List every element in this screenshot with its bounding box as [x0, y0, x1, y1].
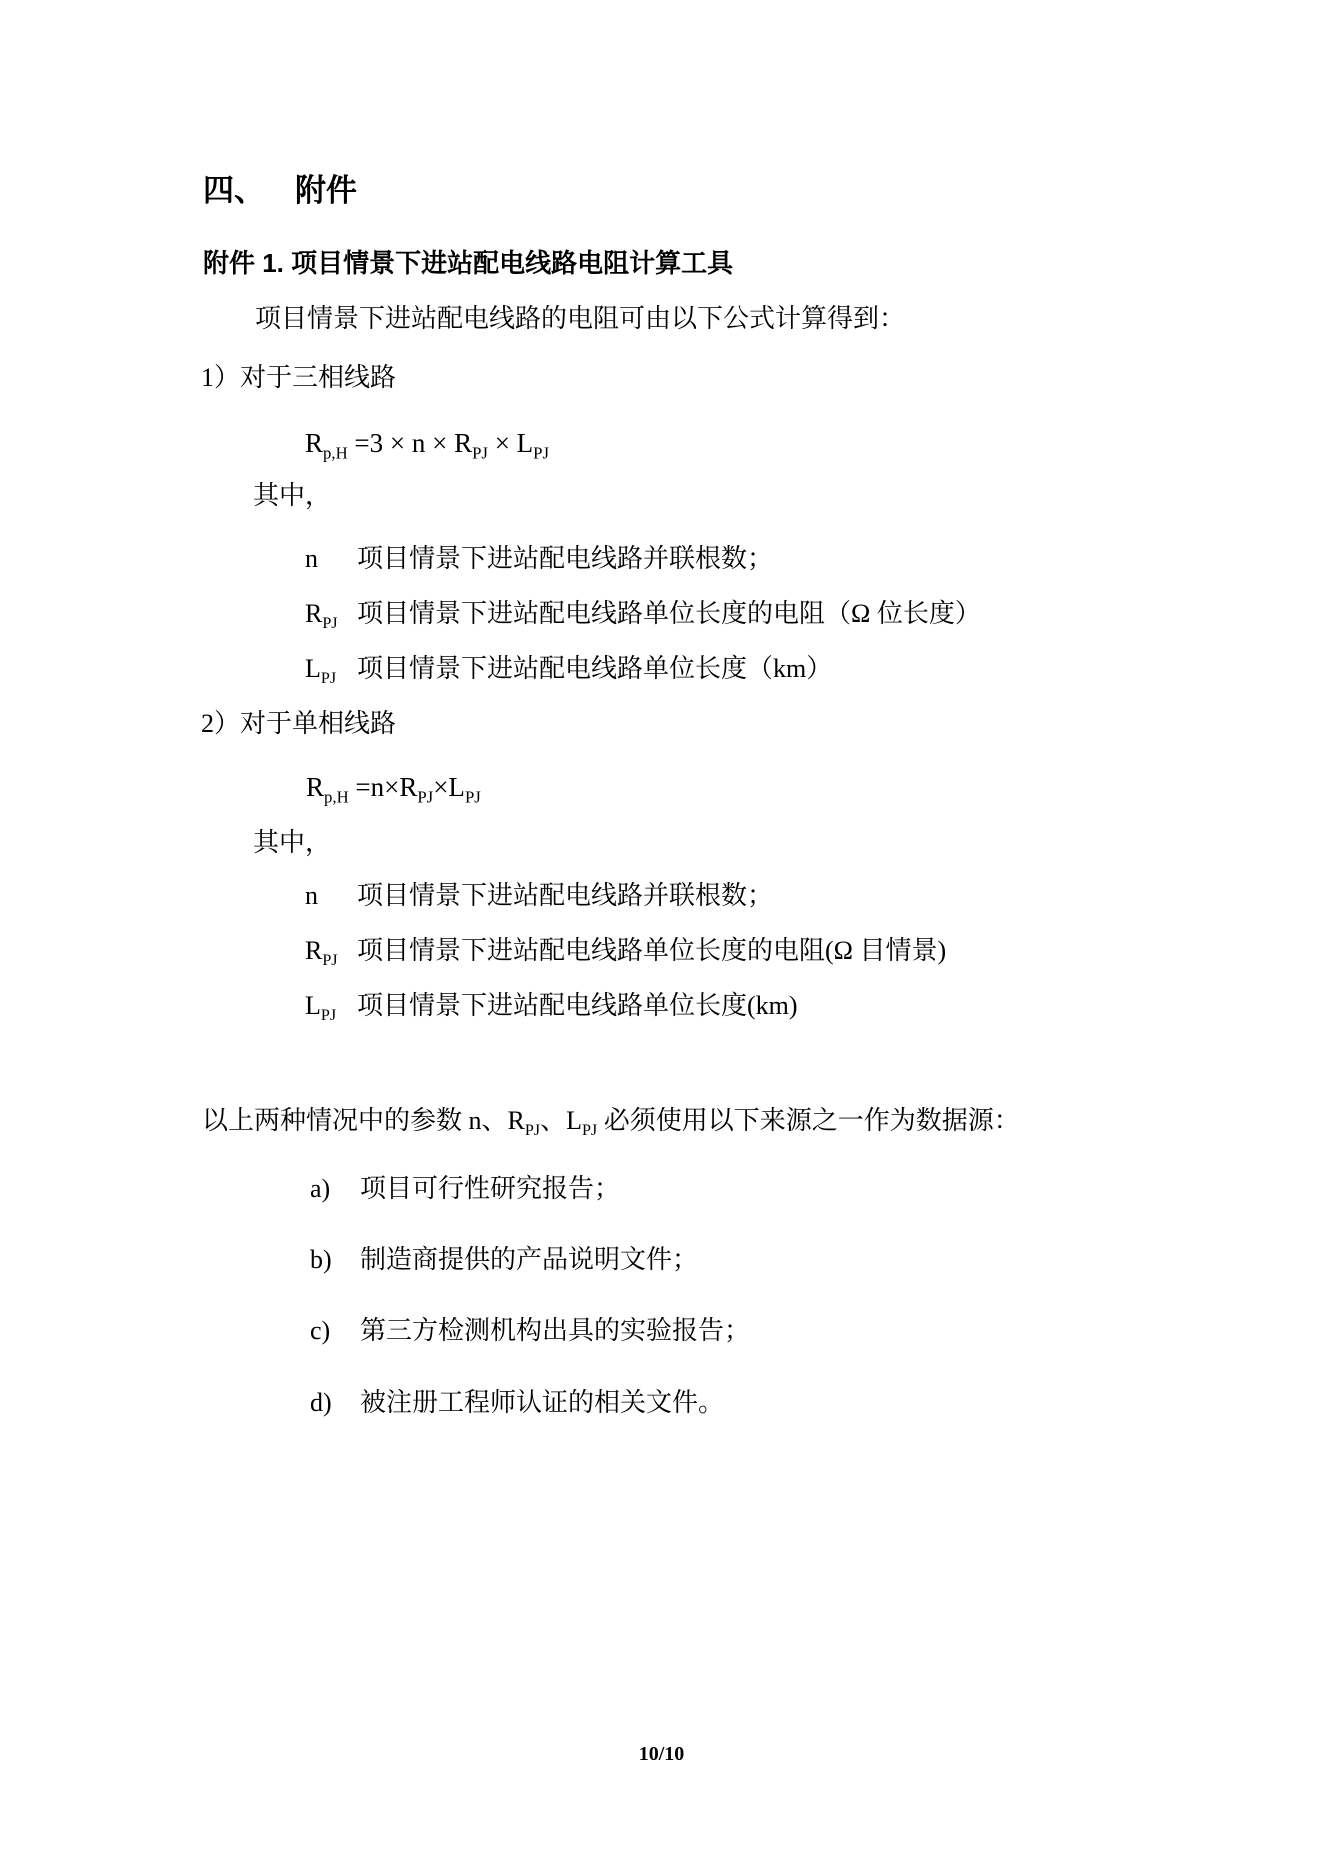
definition-row: n项目情景下进站配电线路并联根数；	[305, 544, 773, 574]
section-1-label: 1）对于三相线路	[201, 363, 396, 393]
sources-intro: 以上两种情况中的参数 n、RPJ、LPJ 必须使用以下来源之一作为数据源：	[202, 1106, 1020, 1136]
source-item-text: 项目可行性研究报告；	[360, 1174, 620, 1203]
definition-row: RPJ项目情景下进站配电线路单位长度的电阻（Ω 位长度）	[305, 599, 981, 629]
formula-single-phase: Rp,H =n×RPJ×LPJ	[306, 772, 481, 803]
source-item: b)制造商提供的产品说明文件；	[310, 1245, 698, 1275]
heading-title: 附件	[295, 173, 357, 208]
definition-symbol: RPJ	[305, 936, 357, 966]
where-label-1: 其中，	[253, 481, 331, 511]
definition-symbol: n	[305, 544, 357, 574]
definition-desc: 项目情景下进站配电线路单位长度(km)	[357, 991, 798, 1020]
heading-number: 四、	[203, 173, 265, 208]
definition-symbol: n	[305, 881, 357, 911]
source-item-text: 被注册工程师认证的相关文件。	[360, 1388, 724, 1417]
source-item: c)第三方检测机构出具的实验报告；	[310, 1316, 750, 1346]
source-item-label: d)	[310, 1388, 360, 1418]
definition-row: n项目情景下进站配电线路并联根数；	[305, 881, 773, 911]
definition-row: LPJ项目情景下进站配电线路单位长度（km）	[305, 654, 832, 684]
source-item: d)被注册工程师认证的相关文件。	[310, 1388, 724, 1418]
document-page: 四、附件 附件 1. 项目情景下进站配电线路电阻计算工具 项目情景下进站配电线路…	[0, 0, 1323, 1871]
definition-desc: 项目情景下进站配电线路单位长度（km）	[357, 654, 832, 683]
where-label-2: 其中，	[253, 828, 331, 858]
definition-desc: 项目情景下进站配电线路并联根数；	[357, 544, 773, 573]
source-item-label: c)	[310, 1316, 360, 1346]
main-heading: 四、附件	[203, 173, 357, 209]
source-item: a)项目可行性研究报告；	[310, 1174, 620, 1204]
definition-symbol: LPJ	[305, 991, 357, 1021]
source-item-text: 第三方检测机构出具的实验报告；	[360, 1316, 750, 1345]
formula-three-phase: Rp,H =3 × n × RPJ × LPJ	[305, 428, 549, 459]
definition-desc: 项目情景下进站配电线路单位长度的电阻（Ω 位长度）	[357, 599, 981, 628]
definition-symbol: LPJ	[305, 654, 357, 684]
page-number: 10/10	[0, 1743, 1323, 1766]
definition-symbol: RPJ	[305, 599, 357, 629]
definition-row: LPJ项目情景下进站配电线路单位长度(km)	[305, 991, 798, 1021]
definition-desc: 项目情景下进站配电线路单位长度的电阻(Ω 目情景)	[357, 936, 946, 965]
source-item-label: a)	[310, 1174, 360, 1204]
source-item-text: 制造商提供的产品说明文件；	[360, 1245, 698, 1274]
definition-row: RPJ项目情景下进站配电线路单位长度的电阻(Ω 目情景)	[305, 936, 946, 966]
attachment-title: 附件 1. 项目情景下进站配电线路电阻计算工具	[203, 249, 733, 279]
section-2-label: 2）对于单相线路	[201, 709, 396, 739]
intro-paragraph: 项目情景下进站配电线路的电阻可由以下公式计算得到：	[255, 304, 905, 334]
definition-desc: 项目情景下进站配电线路并联根数；	[357, 881, 773, 910]
source-item-label: b)	[310, 1245, 360, 1275]
